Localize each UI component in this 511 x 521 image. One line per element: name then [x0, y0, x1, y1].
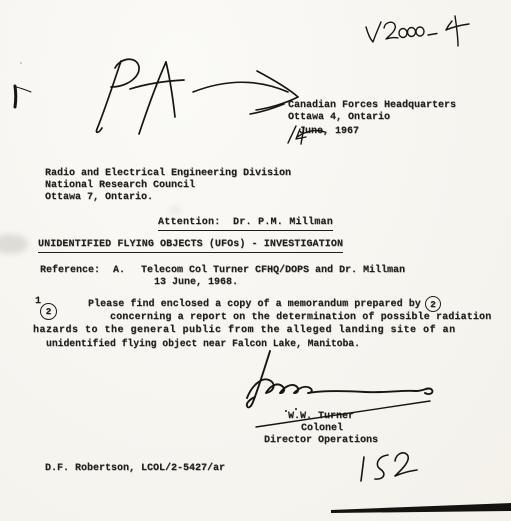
reference-text-line: Telecom Col Turner CFHQ/DOPS and Dr. Mil… [141, 265, 405, 277]
page-number-handwriting [361, 453, 417, 481]
handwriting-overlay [0, 0, 511, 521]
signatory-rank: Colonel [301, 423, 343, 435]
reference-item-letter: A. [113, 265, 125, 277]
reference-text-line: 13 June, 1968. [154, 277, 238, 289]
letterhead-date: June, 1967 [299, 126, 359, 138]
letterhead-organization: Canadian Forces Headquarters [288, 100, 456, 112]
file-number-handwriting [366, 16, 469, 46]
recipient-line: National Research Council [45, 180, 195, 192]
body-line: unidentified flying object near Falcon L… [46, 338, 360, 350]
signatory-name: W.W. Turner [288, 411, 354, 423]
signatory-title: Director Operations [264, 435, 378, 447]
recipient-line: Radio and Electrical Engineering Divisio… [45, 168, 291, 180]
attention-line: Attention: Dr. P.M. Millman [158, 217, 333, 231]
recipient-line: Ottawa 7, Ontario. [45, 192, 153, 204]
reference-label: Reference: [40, 265, 100, 277]
body-line: concerning a report on the determination… [110, 312, 491, 324]
scan-artifact-bar [331, 503, 511, 513]
margin-check-mark [15, 62, 31, 107]
routing-initials-handwriting [96, 59, 184, 134]
photocopy-smudge [0, 234, 28, 254]
body-line: hazards to the general public from the a… [33, 325, 456, 337]
redaction-circle-mark: 2 [40, 303, 57, 320]
redaction-circle-mark: 2 [425, 296, 441, 312]
scanned-letter-page: Canadian Forces Headquarters Ottawa 4, O… [0, 0, 511, 521]
body-line: Please find enclosed a copy of a memoran… [88, 299, 421, 311]
arrow-annotation [193, 71, 298, 114]
letterhead-address: Ottawa 4, Ontario [288, 112, 390, 124]
photocopy-smudge [168, 206, 182, 214]
drafter-reference-line: D.F. Robertson, LCOL/2-5427/ar [45, 463, 225, 475]
paragraph-number: 1 [35, 296, 41, 308]
subject-line: UNIDENTIFIED FLYING OBJECTS (UFOs) - INV… [38, 239, 343, 253]
redaction-mark-value: 2 [46, 306, 52, 317]
redaction-mark-value: 2 [430, 299, 436, 310]
